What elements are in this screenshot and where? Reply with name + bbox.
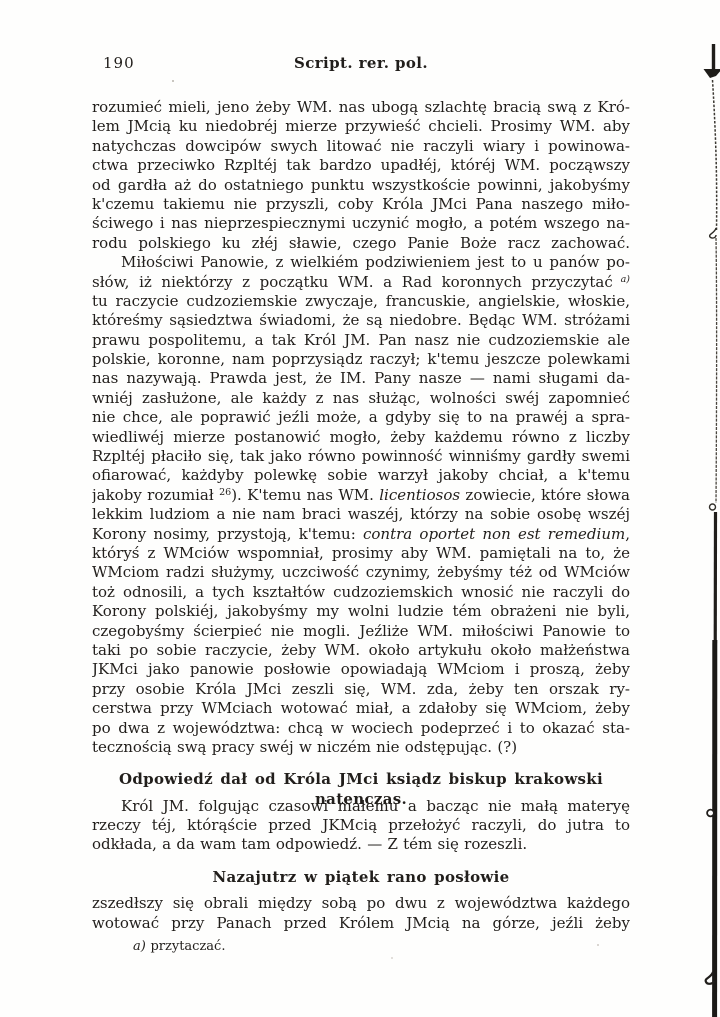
text-segment: ). K'temu nas WM. [231,486,379,504]
scan-speck [391,957,393,959]
text-segment: licentiosos [379,486,460,504]
text-line: ściwego i nas nieprzespiecznymi uczynić … [92,214,630,233]
text-line: lekkim ludziom a nie nam braci waszéj, k… [92,505,630,524]
footnote-marker: 26 [219,487,231,498]
text-line: polskie, koronne, nam poprzysiądz raczył… [92,350,630,369]
page-header: 190 Script. rer. pol. [92,54,630,74]
text-line: zszedłszy się obrali między sobą po dwu … [92,894,630,913]
text-line: taki po sobie raczycie, żeby WM. około a… [92,641,630,660]
scanned-book-page: 190 Script. rer. pol. rozumieć mieli, je… [0,0,720,1017]
text-segment: Korony nosimy, przystoją, k'temu: [92,525,363,543]
paragraph: Miłościwi Panowie, z wielkiém podziwieni… [92,253,630,757]
text-line: Miłościwi Panowie, z wielkiém podziwieni… [92,253,630,272]
text-line: rodu polskiego ku złéj sławie, czego Pan… [92,234,630,253]
scan-speck [608,476,610,478]
text-line: prawu pospolitemu, a tak Król JM. Pan na… [92,331,630,350]
footnote-marker: a) [613,274,630,285]
text-line: natychczas dowcipów swych litować nie ra… [92,137,630,156]
paragraph: zszedłszy się obrali między sobą po dwu … [92,894,630,933]
scan-speck [172,80,174,82]
text-line: czegobyśmy ścierpieć nie mogli. Jeźliże … [92,622,630,641]
text-line: toż odnosili, a tych kształtów cudzoziem… [92,583,630,602]
text-line: wiedliwéj mierze postanowić mogło, żeby … [92,428,630,447]
paragraph: Król JM. folgując czasowi małemu a baczą… [92,797,630,855]
paragraph: rozumieć mieli, jeno żeby WM. nas ubogą … [92,98,630,253]
text-line: odkłada, a da wam tam odpowiedź. — Z tém… [92,835,630,854]
text-line: Rzpltéj płaciło się, tak jako równo powi… [92,447,630,466]
text-line: nas nazywają. Prawda jest, że IM. Pany n… [92,369,630,388]
text-segment: a) [133,939,150,954]
handwritten-margin-mark [686,0,720,1017]
text-line: cerstwa przy WMciach wotować miał, a zda… [92,699,630,718]
text-line: od gardła aż do ostatniego punktu wszyst… [92,176,630,195]
text-line: rozumieć mieli, jeno żeby WM. nas ubogą … [92,98,630,117]
text-line: tu raczycie cudzoziemskie zwyczaje, fran… [92,292,630,311]
text-line: ofiarować, każdyby polewkę sobie warzył … [92,466,630,485]
text-segment: , [625,525,630,543]
text-line: WMciom radzi służymy, uczciwość czynimy,… [92,563,630,582]
text-line: rzeczy téj, którąście przed JKMcią przeł… [92,816,630,835]
text-line: przy osobie Króla JMci zeszli się, WM. z… [92,680,630,699]
text-line: ctwa przeciwko Rzpltéj tak bardzo upadłé… [92,156,630,175]
text-line: któryś z WMciów wspomniał, prosimy aby W… [92,544,630,563]
text-segment: słów, iż niektórzy z początku WM. a Rad … [92,273,613,291]
text-segment: contra oportet non est remedium [363,525,625,543]
text-segment: jakoby rozumiał [92,486,219,504]
scan-speck [597,944,599,946]
footnote: a) przytaczać. [92,937,630,956]
running-title: Script. rer. pol. [92,54,630,72]
text-line: wotować przy Panach przed Królem JMcią n… [92,914,630,933]
text-line: słów, iż niektórzy z początku WM. a Rad … [92,273,630,292]
section-heading: Nazajutrz w piątek rano posłowie [92,868,630,887]
text-line: Król JM. folgując czasowi małemu a baczą… [92,797,630,816]
text-line: k'czemu takiemu nie przyszli, coby Króla… [92,195,630,214]
text-line: po dwa z województwa: chcą w wociech pod… [92,719,630,738]
text-line: któreśmy sąsiedztwa świadomi, że są nied… [92,311,630,330]
text-line: wniéj zasłużone, ale każdy z nas służąc,… [92,389,630,408]
text-line: jakoby rozumiał 26). K'temu nas WM. lice… [92,486,630,505]
text-line: a) przytaczać. [92,937,630,956]
text-line: JKMci jako panowie posłowie opowiadają W… [92,660,630,679]
text-line: Korony nosimy, przystoją, k'temu: contra… [92,525,630,544]
text-line: Korony polskiéj, jakobyśmy my wolni ludz… [92,602,630,621]
text-column: rozumieć mieli, jeno żeby WM. nas ubogą … [92,98,630,956]
section-heading: Odpowiedź dał od Króla JMci ksiądz bisku… [92,770,630,789]
text-line: nie chce, ale poprawić jeźli może, a gdy… [92,408,630,427]
text-line: lem JMcią ku niedobréj mierze przywieść … [92,117,630,136]
text-line: tecznością swą pracy swéj w niczém nie o… [92,738,630,757]
text-segment: przytaczać. [150,939,225,954]
text-segment: zowiecie, które słowa [460,486,630,504]
